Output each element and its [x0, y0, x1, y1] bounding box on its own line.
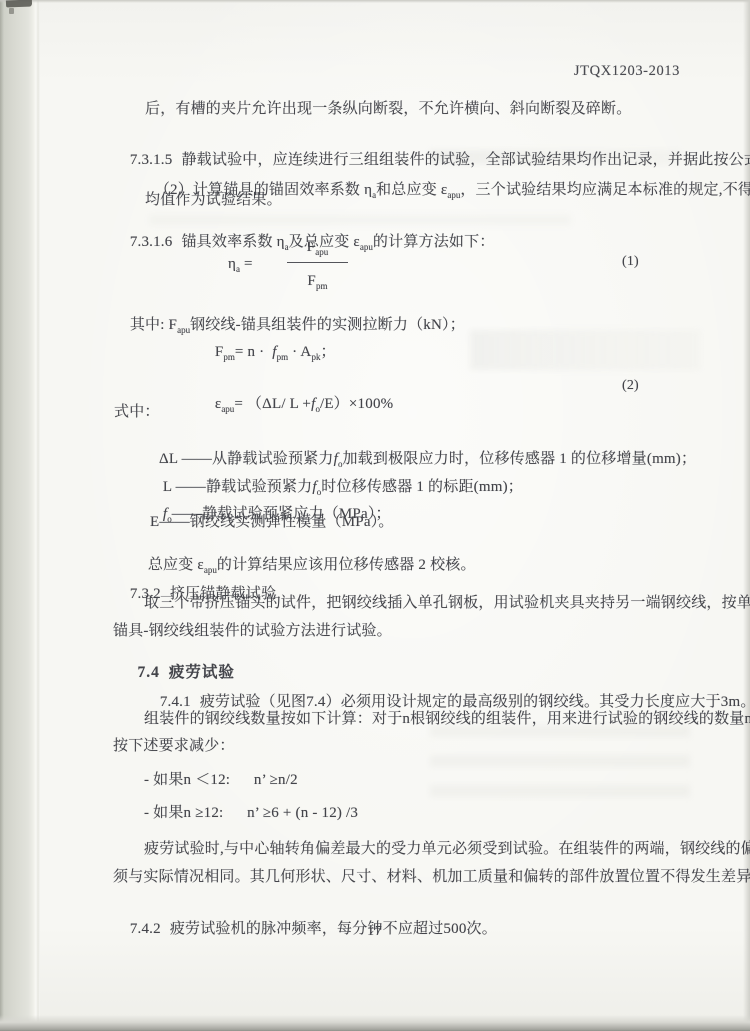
section-7315-line3: 均值作为试验结果。: [145, 191, 282, 210]
section-number: 7.4.1: [160, 694, 191, 710]
scan-corner-artifact: [6, 0, 32, 7]
formula-1: ηa = Fapu Fpm: [228, 238, 348, 291]
eta-symbol: η: [228, 256, 236, 272]
F-symbol: F: [307, 273, 316, 289]
equals-sign: =: [244, 256, 253, 272]
subscript: pm: [277, 352, 289, 362]
section-741-line2: 组装件的钢绞线数量按如下计算：对于n根钢绞线的组装件，用来进行试验的钢绞线的数量…: [144, 710, 750, 729]
paragraph-line: 后，有槽的夹片允许出现一条纵向断裂，不允许横向、斜向断裂及碎断。: [145, 100, 631, 119]
scan-corner-artifact: [9, 8, 14, 14]
equation-text: · A: [288, 344, 311, 360]
paragraph-text: 其中: F: [130, 317, 177, 333]
F-symbol: F: [307, 239, 316, 255]
shizhong-label: 式中：: [114, 403, 160, 422]
subscript: apu: [177, 325, 190, 335]
formula-lhs: ηa =: [228, 255, 253, 274]
subscript: apu: [221, 404, 234, 414]
doc-code: JTQX1203-2013: [574, 62, 680, 81]
subscript: a: [236, 264, 240, 274]
paragraph-text: ，三个试验结果均应满足本标准的规定,不得以平: [460, 182, 750, 198]
subscript: apu: [447, 190, 460, 200]
equation-tag-1: (1): [622, 252, 639, 271]
condition-line-1: - 如果n ＜12: n’ ≥n/2: [144, 771, 298, 790]
equation-text: = n ·: [235, 344, 272, 360]
paragraph-text: 和总应变 ε: [376, 182, 447, 198]
subscript: pm: [316, 281, 328, 291]
fraction: Fapu Fpm: [287, 238, 349, 291]
page-number: 17: [0, 921, 750, 940]
formula-2: εapu= （ΔL/ L +fo/E）×100%: [199, 376, 393, 433]
section-732-line1: 取三个带挤压锚头的试件，把钢绞线插入单孔钢板，用试验机夹具夹持另一端钢绞线，按单…: [144, 594, 750, 613]
fraction-denominator: Fpm: [287, 263, 349, 291]
paragraph-text: 的计算方法如下：: [373, 234, 495, 250]
fraction-numerator: Fapu: [287, 238, 349, 263]
scan-left-edge: [0, 0, 40, 1031]
subscript: apu: [360, 242, 373, 252]
equation-text: /E）×100%: [320, 396, 393, 412]
section-number: 7.3.1.6: [130, 234, 173, 250]
subscript: pm: [223, 352, 235, 362]
section-741-line3: 按下述要求减少：: [113, 737, 235, 756]
equation-text: ；: [320, 344, 335, 360]
scan-top-edge: [0, 0, 750, 3]
definition-e: E——钢绞线实测弹性模量（MPa）。: [150, 513, 394, 532]
section-741-line5: 须与实际情况相同。其几何形状、尺寸、材料、机加工质量和偏转的部件放置位置不得发生…: [113, 868, 750, 887]
section-732-line2: 锚具-钢绞线组装件的试验方法进行试验。: [113, 622, 392, 641]
equation-tag-2: (2): [622, 376, 639, 395]
condition-line-2: - 如果n ≥12: n’ ≥6 + (n - 12) /3: [144, 804, 358, 823]
equation-text: = （ΔL/ L +: [234, 396, 311, 412]
section-741-line4: 疲劳试验时,与中心轴转角偏差最大的受力单元必须受到试验。在组装件的两端，钢绞线的…: [144, 840, 750, 859]
fpm-equation: Fpm= n · fpm · Apk；: [199, 324, 336, 381]
scan-bottom-edge: [0, 1015, 750, 1031]
paragraph-text: 疲劳试验（见图7.4）必须用设计规定的最高级别的钢绞线。其受力长度应大于3m。: [200, 694, 750, 710]
subscript: apu: [315, 247, 328, 257]
scanned-document-page: JTQX1203-2013 后，有槽的夹片允许出现一条纵向断裂，不允许横向、斜向…: [0, 0, 750, 1031]
